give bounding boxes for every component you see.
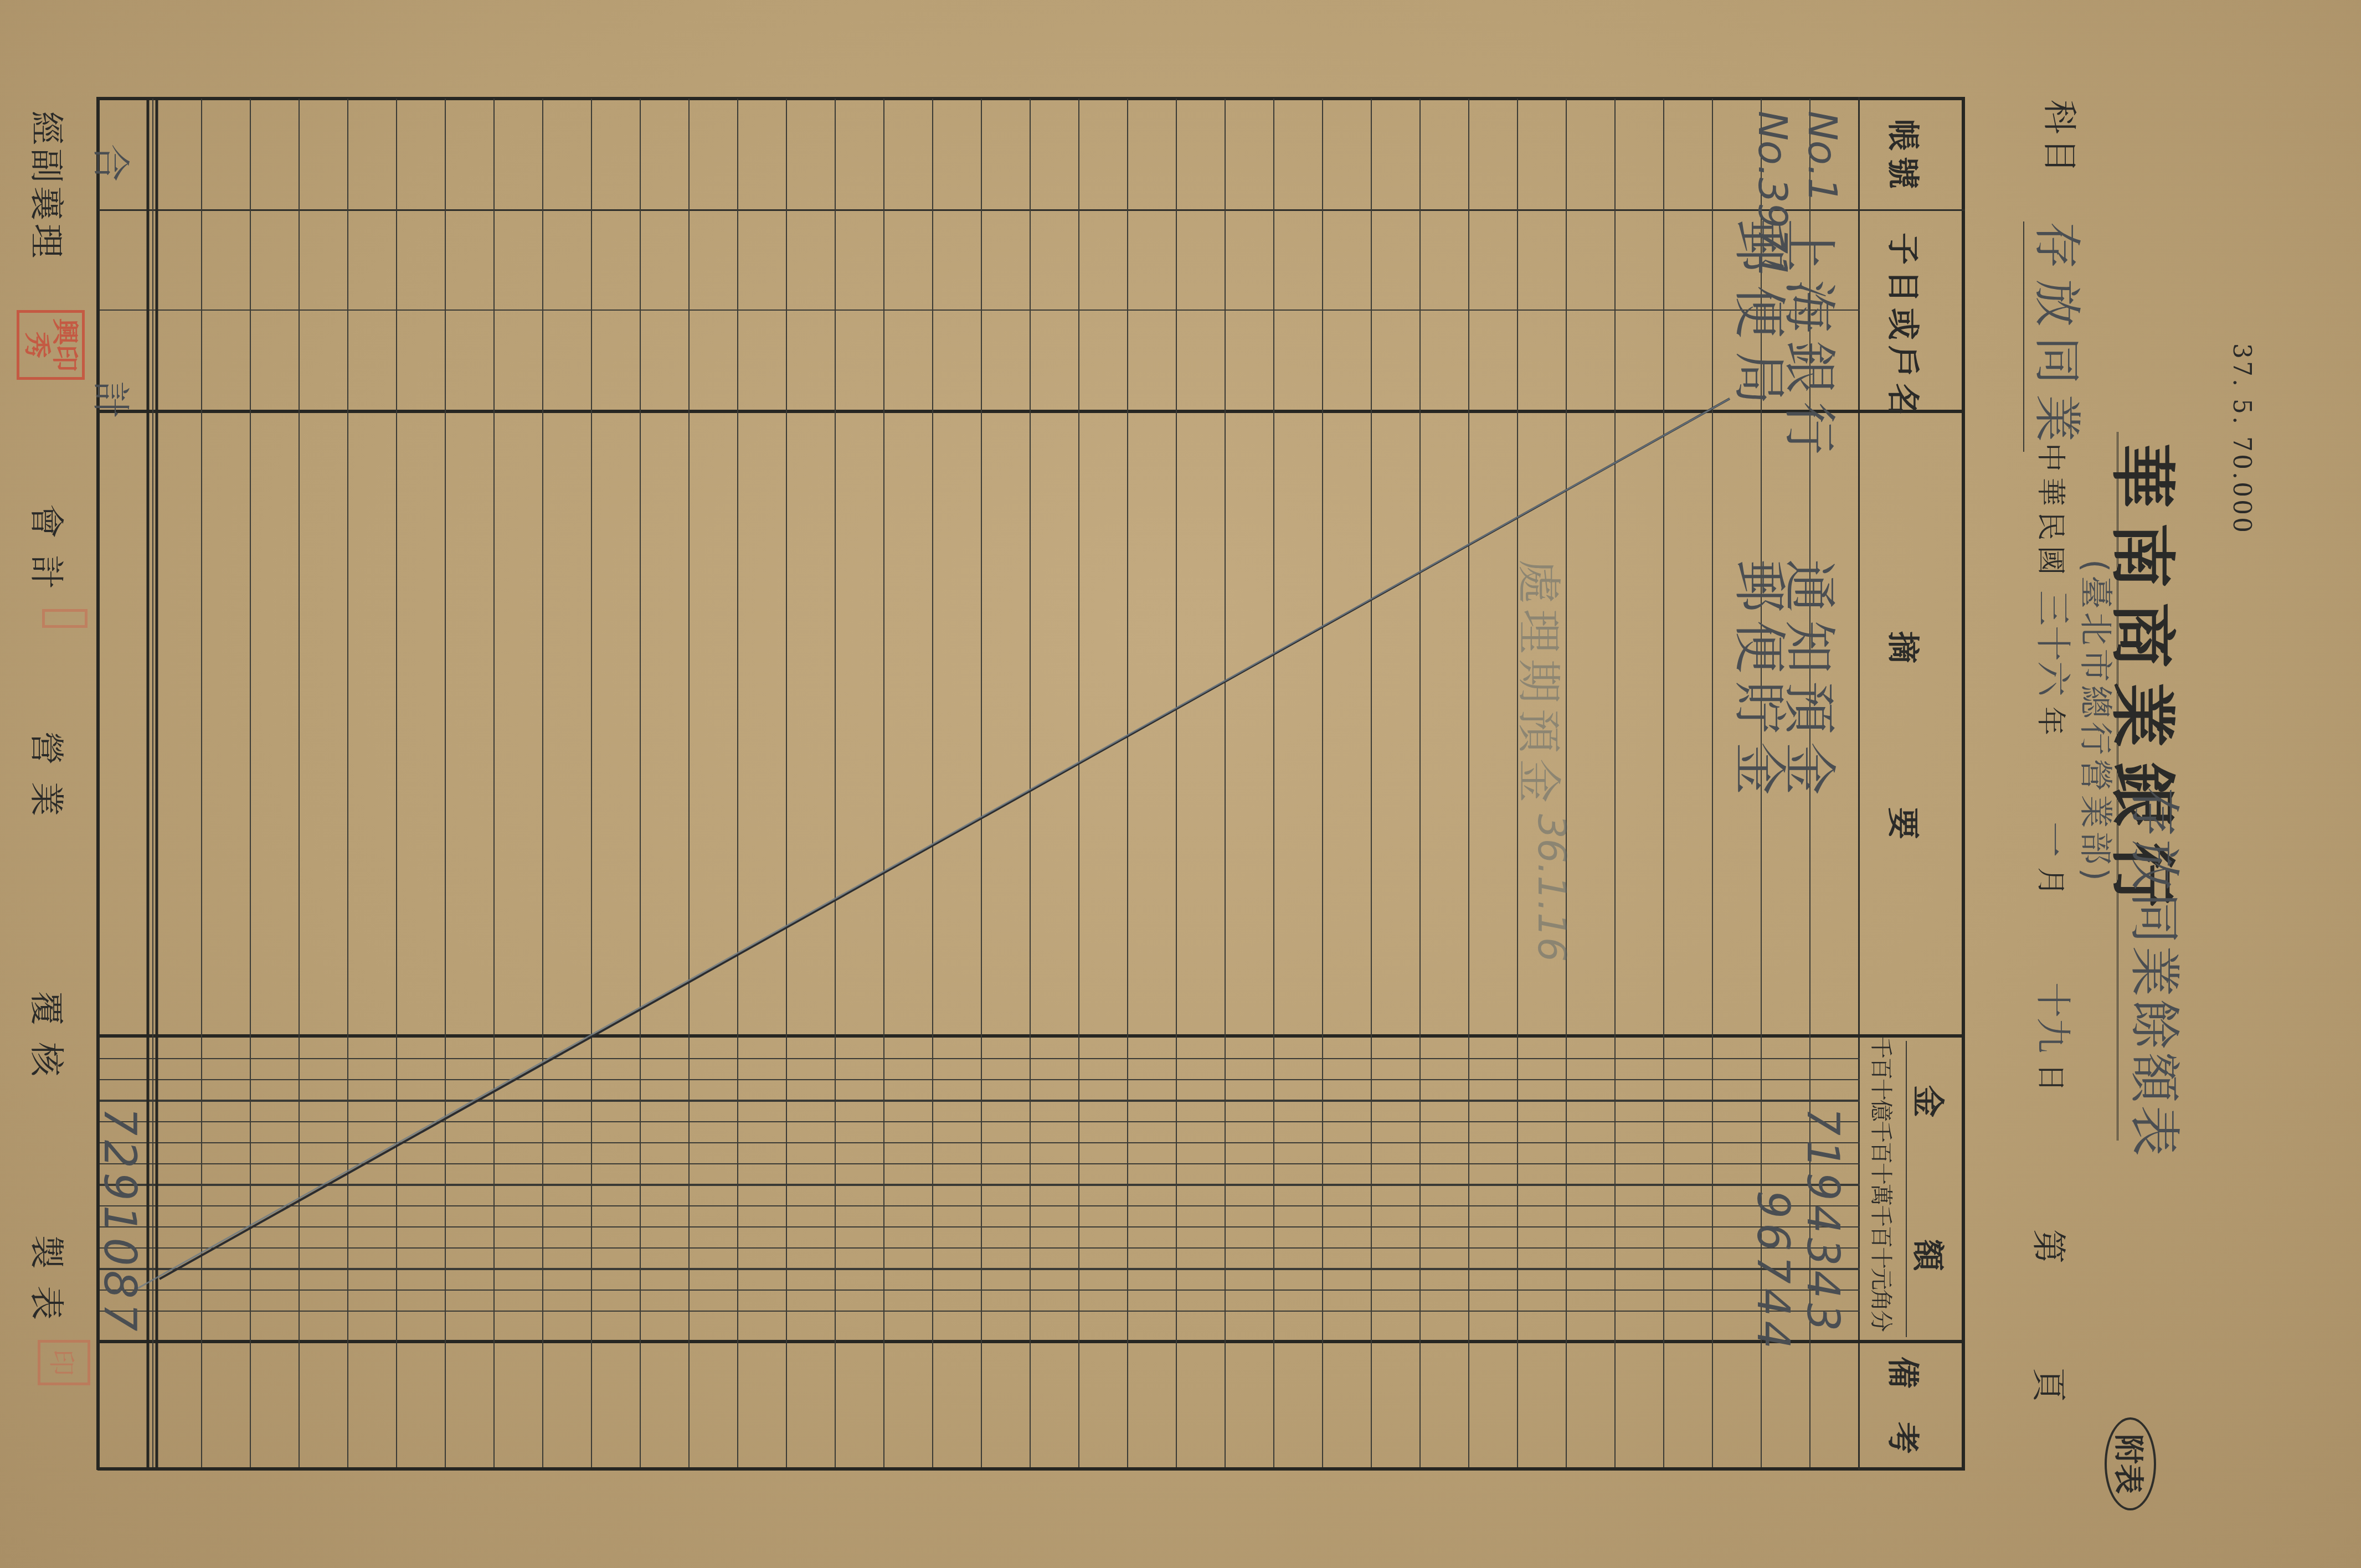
bleed-through-text-2: 36.1.16 — [1529, 814, 1575, 962]
row-1-amount: 7194343 — [1797, 1107, 1849, 1335]
stamp-manager: 興印 秀 — [17, 310, 85, 380]
signature-label-business: 營業 — [24, 731, 74, 833]
row-2-summary: 郵便貯金 — [1726, 559, 1802, 803]
ledger-sheet: 37. 5. 70.000 華南商業銀行 存放同業餘額表 (臺北市總行營業部) … — [0, 0, 2361, 1568]
row-2-amount: 96744 — [1747, 1190, 1799, 1354]
signature-label-accounting: 會計 — [24, 504, 74, 606]
stamp-preparer: 印 — [38, 1340, 90, 1385]
signature-label-review: 覆核 — [24, 991, 74, 1093]
ledger-rule-lines — [0, 0, 2361, 1568]
row-1-account-no: No.1 — [1799, 111, 1846, 203]
signature-label-manager: 經副襄理 — [24, 111, 74, 261]
signature-label-preparer: 製表 — [24, 1235, 74, 1337]
bleed-through-text-1: 處理期預金 — [1511, 559, 1575, 808]
total-amount: 7291087 — [94, 1107, 146, 1335]
row-2-sub-account-name: 郵便局 — [1726, 219, 1802, 418]
total-label: 合計 — [86, 144, 140, 618]
stamp-accounting-faint: ​ — [42, 609, 88, 628]
